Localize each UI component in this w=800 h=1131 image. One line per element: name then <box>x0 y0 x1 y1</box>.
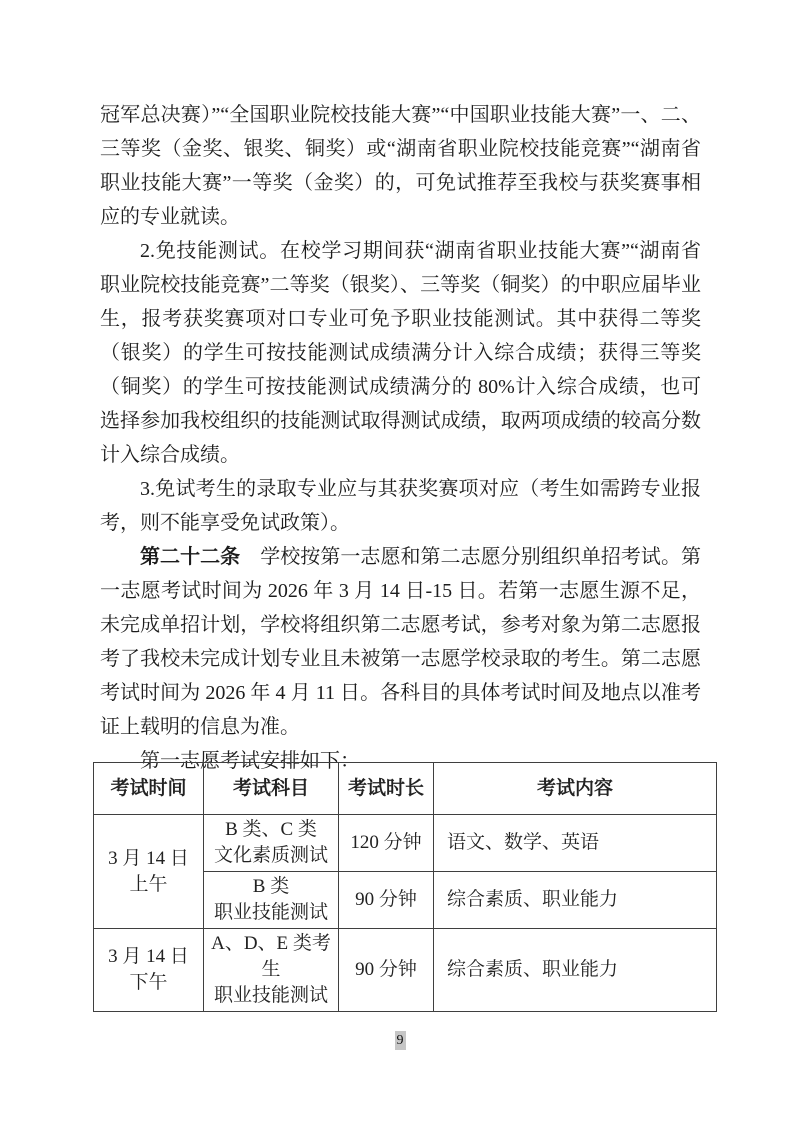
cell-subject: B 类、C 类 文化素质测试 <box>204 815 339 872</box>
paragraph-item-3: 3.免试考生的录取专业应与其获奖赛项对应（考生如需跨专业报考，则不能享受免试政策… <box>100 472 701 540</box>
cell-time-morning: 3 月 14 日 上午 <box>94 815 204 929</box>
time-period: 下午 <box>98 970 199 996</box>
subject-line2: 文化素质测试 <box>208 843 334 869</box>
document-page: 冠军总决赛）”“全国职业院校技能大赛”“中国职业技能大赛”一、二、三等奖（金奖、… <box>0 0 800 1131</box>
header-exam-time: 考试时间 <box>94 763 204 815</box>
cell-content: 语文、数学、英语 <box>434 815 717 872</box>
time-period: 上午 <box>98 872 199 898</box>
cell-duration: 90 分钟 <box>339 872 434 929</box>
subject-line2: 职业技能测试 <box>208 983 334 1009</box>
paragraph-article-22: 第二十二条 学校按第一志愿和第二志愿分别组织单招考试。第一志愿考试时间为 202… <box>100 540 701 744</box>
subject-line1: B 类、C 类 <box>208 817 334 843</box>
time-date: 3 月 14 日 <box>98 944 199 970</box>
body-text: 冠军总决赛）”“全国职业院校技能大赛”“中国职业技能大赛”一、二、三等奖（金奖、… <box>100 98 701 778</box>
exam-schedule-table: 考试时间 考试科目 考试时长 考试内容 3 月 14 日 上午 B 类、C 类 … <box>93 762 717 1012</box>
time-date: 3 月 14 日 <box>98 846 199 872</box>
header-exam-duration: 考试时长 <box>339 763 434 815</box>
cell-time-afternoon: 3 月 14 日 下午 <box>94 929 204 1012</box>
header-exam-content: 考试内容 <box>434 763 717 815</box>
cell-subject: B 类 职业技能测试 <box>204 872 339 929</box>
table-row: 3 月 14 日 上午 B 类、C 类 文化素质测试 120 分钟 语文、数学、… <box>94 815 717 872</box>
article-body-text: 学校按第一志愿和第二志愿分别组织单招考试。第一志愿考试时间为 2026 年 3 … <box>100 546 701 738</box>
table-row: 3 月 14 日 下午 A、D、E 类考生 职业技能测试 90 分钟 综合素质、… <box>94 929 717 1012</box>
cell-content: 综合素质、职业能力 <box>434 929 717 1012</box>
paragraph-item-2: 2.免技能测试。在校学习期间获“湖南省职业技能大赛”“湖南省职业院校技能竞赛”二… <box>100 234 701 472</box>
subject-line1: A、D、E 类考生 <box>208 931 334 983</box>
page-number: 9 <box>395 1031 406 1050</box>
subject-line1: B 类 <box>208 874 334 900</box>
table-header-row: 考试时间 考试科目 考试时长 考试内容 <box>94 763 717 815</box>
header-exam-subject: 考试科目 <box>204 763 339 815</box>
article-number-label: 第二十二条 <box>140 546 240 568</box>
cell-content: 综合素质、职业能力 <box>434 872 717 929</box>
page-footer: 9 <box>0 1031 800 1050</box>
cell-duration: 120 分钟 <box>339 815 434 872</box>
paragraph-continued: 冠军总决赛）”“全国职业院校技能大赛”“中国职业技能大赛”一、二、三等奖（金奖、… <box>100 98 701 234</box>
cell-subject: A、D、E 类考生 职业技能测试 <box>204 929 339 1012</box>
subject-line2: 职业技能测试 <box>208 900 334 926</box>
cell-duration: 90 分钟 <box>339 929 434 1012</box>
